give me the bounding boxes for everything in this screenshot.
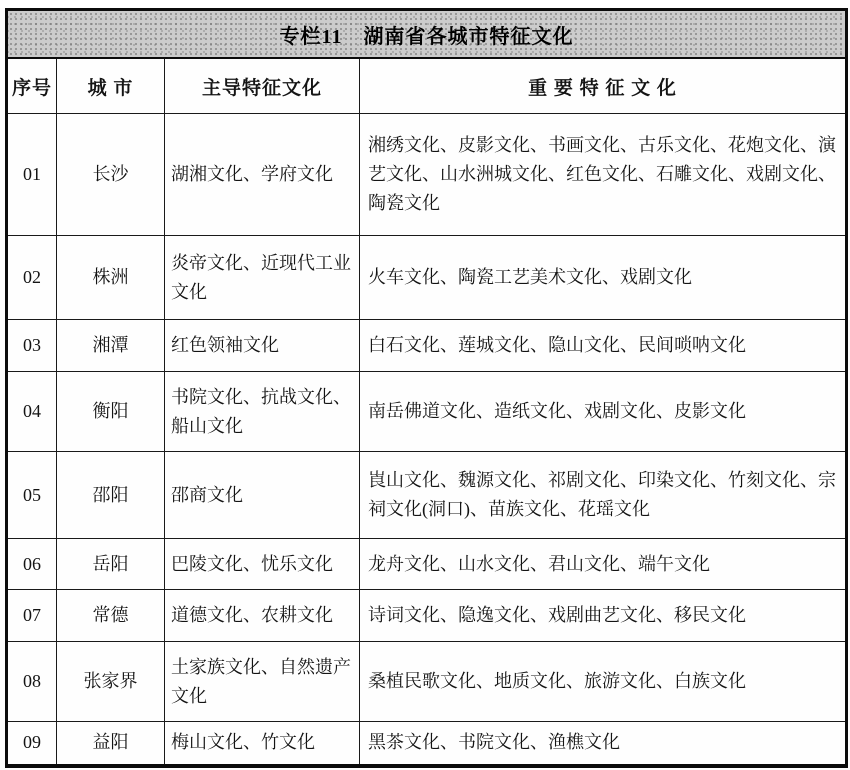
cell-dominant: 炎帝文化、近现代工业文化 bbox=[165, 236, 360, 320]
cell-dominant: 邵商文化 bbox=[165, 452, 360, 539]
cell-important: 诗词文化、隐逸文化、戏剧曲艺文化、移民文化 bbox=[360, 590, 847, 642]
col-header-no: 序号 bbox=[7, 58, 57, 114]
cell-no: 03 bbox=[7, 320, 57, 372]
cell-important: 桑植民歌文化、地质文化、旅游文化、白族文化 bbox=[360, 642, 847, 722]
cell-no: 04 bbox=[7, 372, 57, 452]
cell-dominant: 道德文化、农耕文化 bbox=[165, 590, 360, 642]
cell-city: 岳阳 bbox=[57, 539, 165, 590]
cell-city: 衡阳 bbox=[57, 372, 165, 452]
table-row: 06 岳阳 巴陵文化、忧乐文化 龙舟文化、山水文化、君山文化、端午文化 bbox=[7, 539, 847, 590]
cell-city: 益阳 bbox=[57, 722, 165, 766]
table-row: 02 株洲 炎帝文化、近现代工业文化 火车文化、陶瓷工艺美术文化、戏剧文化 bbox=[7, 236, 847, 320]
table-row: 09 益阳 梅山文化、竹文化 黑茶文化、书院文化、渔樵文化 bbox=[7, 722, 847, 766]
cell-no: 05 bbox=[7, 452, 57, 539]
col-header-important: 重 要 特 征 文 化 bbox=[360, 58, 847, 114]
cell-dominant: 梅山文化、竹文化 bbox=[165, 722, 360, 766]
col-header-dominant: 主导特征文化 bbox=[165, 58, 360, 114]
cell-important: 火车文化、陶瓷工艺美术文化、戏剧文化 bbox=[360, 236, 847, 320]
table-row: 05 邵阳 邵商文化 崀山文化、魏源文化、祁剧文化、印染文化、竹刻文化、宗祠文化… bbox=[7, 452, 847, 539]
table-row: 07 常德 道德文化、农耕文化 诗词文化、隐逸文化、戏剧曲艺文化、移民文化 bbox=[7, 590, 847, 642]
cell-important: 湘绣文化、皮影文化、书画文化、古乐文化、花炮文化、演艺文化、山水洲城文化、红色文… bbox=[360, 114, 847, 236]
table-title: 专栏11 湖南省各城市特征文化 bbox=[7, 10, 847, 59]
cell-no: 09 bbox=[7, 722, 57, 766]
table-row: 08 张家界 土家族文化、自然遗产文化 桑植民歌文化、地质文化、旅游文化、白族文… bbox=[7, 642, 847, 722]
cell-important: 南岳佛道文化、造纸文化、戏剧文化、皮影文化 bbox=[360, 372, 847, 452]
cell-dominant: 红色领袖文化 bbox=[165, 320, 360, 372]
title-row: 专栏11 湖南省各城市特征文化 bbox=[7, 10, 847, 59]
culture-table: 专栏11 湖南省各城市特征文化 序号 城 市 主导特征文化 重 要 特 征 文 … bbox=[5, 8, 848, 768]
cell-dominant: 土家族文化、自然遗产文化 bbox=[165, 642, 360, 722]
cell-no: 02 bbox=[7, 236, 57, 320]
cell-city: 株洲 bbox=[57, 236, 165, 320]
cell-city: 张家界 bbox=[57, 642, 165, 722]
cell-dominant: 巴陵文化、忧乐文化 bbox=[165, 539, 360, 590]
cell-no: 07 bbox=[7, 590, 57, 642]
cell-dominant: 湖湘文化、学府文化 bbox=[165, 114, 360, 236]
cell-dominant: 书院文化、抗战文化、船山文化 bbox=[165, 372, 360, 452]
cell-city: 常德 bbox=[57, 590, 165, 642]
cell-city: 湘潭 bbox=[57, 320, 165, 372]
cell-important: 崀山文化、魏源文化、祁剧文化、印染文化、竹刻文化、宗祠文化(洞口)、苗族文化、花… bbox=[360, 452, 847, 539]
header-row: 序号 城 市 主导特征文化 重 要 特 征 文 化 bbox=[7, 58, 847, 114]
table-row: 03 湘潭 红色领袖文化 白石文化、莲城文化、隐山文化、民间唢呐文化 bbox=[7, 320, 847, 372]
table-row: 04 衡阳 书院文化、抗战文化、船山文化 南岳佛道文化、造纸文化、戏剧文化、皮影… bbox=[7, 372, 847, 452]
cell-no: 01 bbox=[7, 114, 57, 236]
cell-no: 06 bbox=[7, 539, 57, 590]
cell-important: 黑茶文化、书院文化、渔樵文化 bbox=[360, 722, 847, 766]
col-header-city: 城 市 bbox=[57, 58, 165, 114]
cell-city: 邵阳 bbox=[57, 452, 165, 539]
table-row: 01 长沙 湖湘文化、学府文化 湘绣文化、皮影文化、书画文化、古乐文化、花炮文化… bbox=[7, 114, 847, 236]
cell-important: 龙舟文化、山水文化、君山文化、端午文化 bbox=[360, 539, 847, 590]
cell-city: 长沙 bbox=[57, 114, 165, 236]
cell-important: 白石文化、莲城文化、隐山文化、民间唢呐文化 bbox=[360, 320, 847, 372]
cell-no: 08 bbox=[7, 642, 57, 722]
document-page: 专栏11 湖南省各城市特征文化 序号 城 市 主导特征文化 重 要 特 征 文 … bbox=[0, 8, 850, 770]
